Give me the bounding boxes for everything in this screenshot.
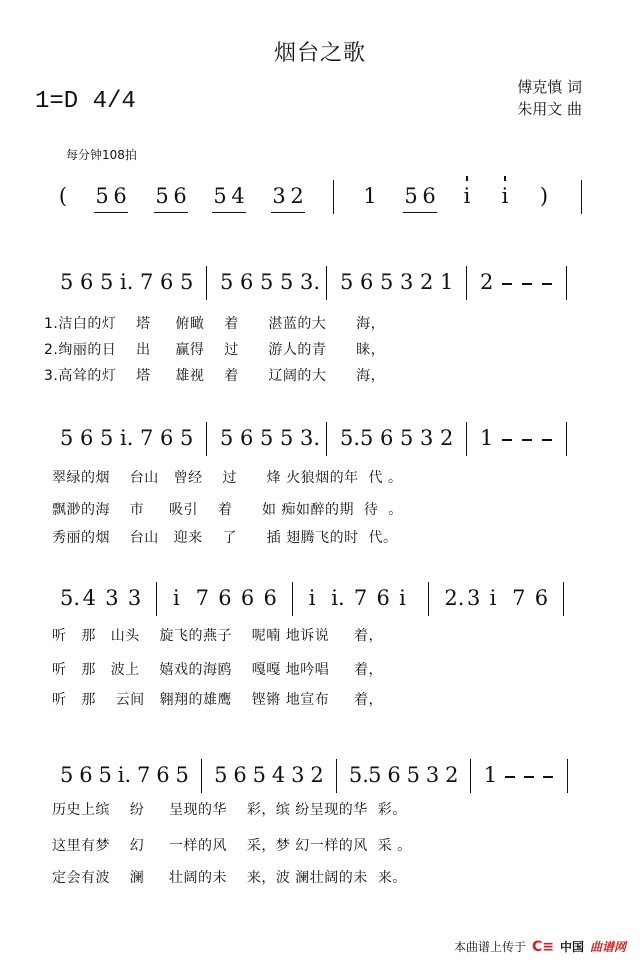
note: 5 bbox=[280, 270, 293, 294]
note: 3 bbox=[426, 763, 439, 787]
note: 6 bbox=[380, 426, 393, 450]
note: 5 bbox=[340, 270, 353, 294]
sustain-dash bbox=[522, 283, 532, 285]
note: 5 bbox=[360, 426, 373, 450]
lyric-verse-3: 秀丽的烟 台山 迎来 了 插 翅腾飞的时 代。 bbox=[52, 530, 398, 546]
note: 7 bbox=[137, 763, 150, 787]
note: 5 bbox=[60, 763, 73, 787]
barline bbox=[156, 582, 157, 616]
staff-line-1: 565i.76556553.5653212 bbox=[0, 262, 640, 304]
note-high: i. bbox=[118, 763, 131, 787]
note: 3 bbox=[420, 426, 433, 450]
note: 6 bbox=[160, 426, 173, 450]
open-paren: ( bbox=[56, 184, 70, 208]
note: 7 bbox=[512, 586, 525, 610]
credits: 傅克慎 词 朱用文 曲 bbox=[517, 76, 582, 120]
lyric-verse-1: 翠绿的烟 台山 曾经 过 烽 火狼烟的年 代 。 bbox=[52, 470, 402, 486]
barline bbox=[563, 582, 564, 616]
note: 1 bbox=[484, 763, 497, 787]
sustain-dash bbox=[542, 283, 552, 285]
note: 6 bbox=[233, 763, 246, 787]
lyric-verse-1: 1.洁白的灯 塔 俯瞰 着 湛蓝的大 海， bbox=[44, 316, 385, 332]
note-high: i bbox=[309, 586, 316, 610]
site-logo-icon: C≡ bbox=[532, 939, 554, 955]
lyric-verse-2: 2.绚丽的日 出 赢得 过 游人的青 睐， bbox=[44, 342, 385, 358]
upload-text: 本曲谱上传于 bbox=[454, 938, 526, 955]
note: 1 bbox=[480, 426, 493, 450]
sustain-dash bbox=[524, 776, 534, 778]
note: 2 bbox=[480, 270, 493, 294]
underline bbox=[212, 212, 246, 213]
barline bbox=[428, 582, 429, 616]
barline bbox=[566, 422, 567, 456]
lyric-verse-1: 听 那 山头 旋飞的燕子 呢喃 地诉说 着， bbox=[52, 628, 383, 644]
barline bbox=[566, 266, 567, 300]
note: 6 bbox=[80, 270, 93, 294]
sustain-dash bbox=[502, 283, 512, 285]
barline bbox=[326, 422, 327, 456]
note: 6 bbox=[156, 763, 169, 787]
note: 3 bbox=[467, 586, 480, 610]
note: 5 bbox=[100, 270, 113, 294]
barline bbox=[206, 266, 207, 300]
note: 4 bbox=[231, 184, 245, 208]
lyric-verse-2: 听 那 波上 嬉戏的海鸥 嘎嘎 地吟唱 着， bbox=[52, 662, 383, 678]
note-high: i bbox=[460, 184, 474, 208]
lyric-verse-3: 3.高耸的灯 塔 雄视 着 辽阔的大 海， bbox=[44, 368, 385, 384]
barline bbox=[326, 266, 327, 300]
note: 3 bbox=[400, 270, 413, 294]
note: 5 bbox=[155, 184, 169, 208]
note: 2 bbox=[445, 763, 458, 787]
note: 6 bbox=[377, 586, 390, 610]
note: 7 bbox=[140, 270, 153, 294]
note: 5 bbox=[180, 426, 193, 450]
site-name-b: 曲谱网 bbox=[590, 938, 626, 955]
note: 2 bbox=[310, 763, 323, 787]
tempo-marking: 每分钟108拍 bbox=[66, 146, 137, 163]
note: 2 bbox=[420, 270, 433, 294]
note: 5 bbox=[407, 763, 420, 787]
note: 6 bbox=[422, 184, 436, 208]
barline bbox=[466, 266, 467, 300]
underline bbox=[94, 212, 128, 213]
note: 4 bbox=[272, 763, 285, 787]
note: 3 bbox=[272, 184, 286, 208]
sustain-dash bbox=[542, 439, 552, 441]
song-title: 烟台之歌 bbox=[0, 36, 640, 67]
note: 5 bbox=[220, 270, 233, 294]
note: 4 bbox=[83, 586, 96, 610]
note: 5 bbox=[214, 763, 227, 787]
note: 6 bbox=[173, 184, 187, 208]
note: 5 bbox=[213, 184, 227, 208]
note: 5. bbox=[340, 426, 360, 450]
note: 5 bbox=[99, 763, 112, 787]
note: 3 bbox=[128, 586, 141, 610]
note: 7 bbox=[140, 426, 153, 450]
barline bbox=[336, 759, 337, 793]
note-high: i bbox=[490, 586, 497, 610]
barline bbox=[466, 422, 467, 456]
note: 6 bbox=[535, 586, 548, 610]
note-high: i bbox=[399, 586, 406, 610]
accent-mark bbox=[504, 176, 506, 181]
sustain-dash bbox=[505, 776, 515, 778]
note: 5 bbox=[400, 426, 413, 450]
note: 6 bbox=[218, 586, 231, 610]
note: 1 bbox=[440, 270, 453, 294]
note: 5 bbox=[60, 426, 73, 450]
underline bbox=[403, 212, 437, 213]
lyric-verse-3: 定会有波 澜 壮阔的未 来，波 澜壮阔的未 来。 bbox=[52, 870, 407, 886]
lyric-verse-2: 这里有梦 幻 一样的风 采，梦 幻一样的风 采 。 bbox=[52, 838, 412, 854]
site-name-a: 中国 bbox=[560, 938, 584, 955]
note: 3 bbox=[105, 586, 118, 610]
note: 5 bbox=[220, 426, 233, 450]
note: 6 bbox=[241, 586, 254, 610]
note: 6 bbox=[80, 426, 93, 450]
note: 5 bbox=[176, 763, 189, 787]
note: 5 bbox=[95, 184, 109, 208]
note: 5 bbox=[180, 270, 193, 294]
underline bbox=[271, 212, 305, 213]
staff-line-2: 565i.76556553.5.565321 bbox=[0, 418, 640, 460]
note: 5 bbox=[253, 763, 266, 787]
barline bbox=[206, 422, 207, 456]
lyric-verse-1: 历史上缤 纷 呈现的华 彩，缤 纷呈现的华 彩。 bbox=[52, 802, 407, 818]
note: 3. bbox=[300, 426, 320, 450]
barline bbox=[292, 582, 293, 616]
note-high: i. bbox=[120, 426, 133, 450]
note-high: i. bbox=[120, 270, 133, 294]
note: 1 bbox=[363, 184, 377, 208]
staff-line-4: 565i.7655654325.565321 bbox=[0, 755, 640, 797]
note: 5 bbox=[280, 426, 293, 450]
barline bbox=[201, 759, 202, 793]
lyric-verse-3: 听 那 云间 翱翔的雄鹰 铿锵 地宣布 着， bbox=[52, 692, 383, 708]
key-signature: 1=D 4/4 bbox=[35, 88, 136, 115]
staff-line-3: 5.433i7666ii.76i2.3i76 bbox=[0, 578, 640, 620]
note: 3 bbox=[291, 763, 304, 787]
note: 2 bbox=[440, 426, 453, 450]
sustain-dash bbox=[502, 439, 512, 441]
note: 7 bbox=[196, 586, 209, 610]
note: 5 bbox=[260, 270, 273, 294]
note: 6 bbox=[79, 763, 92, 787]
note: 6 bbox=[387, 763, 400, 787]
note: 6 bbox=[240, 426, 253, 450]
note: 5 bbox=[380, 270, 393, 294]
accent-mark bbox=[466, 176, 468, 181]
sustain-dash bbox=[522, 439, 532, 441]
composer: 朱用文 曲 bbox=[517, 98, 582, 120]
note: 5. bbox=[349, 763, 369, 787]
note: 2 bbox=[290, 184, 304, 208]
sustain-dash bbox=[543, 776, 553, 778]
note: 6 bbox=[360, 270, 373, 294]
note: 6 bbox=[240, 270, 253, 294]
note-high: i bbox=[498, 184, 512, 208]
note: 5 bbox=[260, 426, 273, 450]
note: 6 bbox=[263, 586, 276, 610]
note-high: i. bbox=[331, 586, 344, 610]
close-paren: ) bbox=[537, 184, 551, 208]
note: 2. bbox=[444, 586, 464, 610]
note: 6 bbox=[160, 270, 173, 294]
footer-watermark: 本曲谱上传于 C≡ 中国曲谱网 bbox=[454, 938, 626, 955]
barline bbox=[470, 759, 471, 793]
note: 3. bbox=[300, 270, 320, 294]
note: 7 bbox=[354, 586, 367, 610]
underline bbox=[154, 212, 188, 213]
barline bbox=[333, 180, 334, 214]
note: 5 bbox=[100, 426, 113, 450]
lyricist: 傅克慎 词 bbox=[517, 76, 582, 98]
note-high: i bbox=[173, 586, 180, 610]
barline bbox=[567, 759, 568, 793]
note: 5. bbox=[60, 586, 80, 610]
note: 5 bbox=[404, 184, 418, 208]
intro-staff: ( 5 6 5 6 5 4 3 2 1 5 6 i i ) bbox=[0, 176, 640, 218]
barline bbox=[581, 180, 582, 214]
note: 6 bbox=[113, 184, 127, 208]
note: 5 bbox=[368, 763, 381, 787]
lyric-verse-2: 飘渺的海 市 吸引 着 如 痴如醉的期 待 。 bbox=[52, 502, 403, 518]
note: 5 bbox=[60, 270, 73, 294]
